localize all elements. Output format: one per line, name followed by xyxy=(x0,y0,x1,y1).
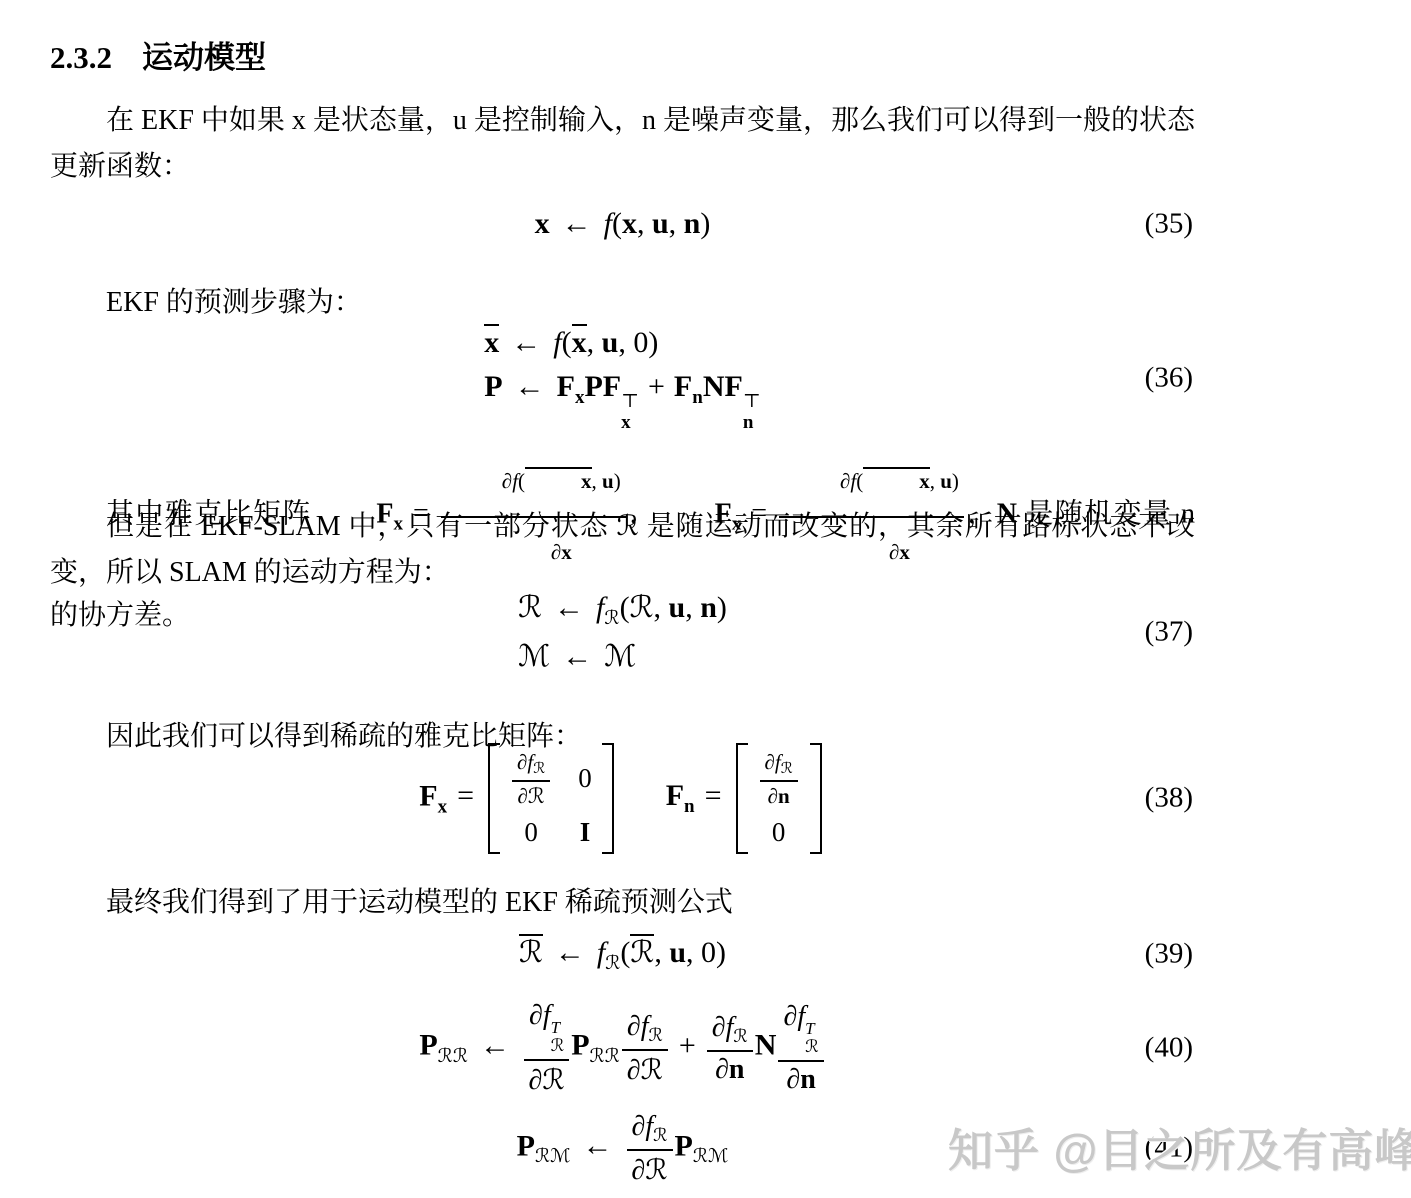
equation-38: Fx=∂fℛ∂ℛ00IFn=∂fℛ∂n0 (38) xyxy=(50,746,1195,850)
matrix-P: P xyxy=(584,370,602,403)
matrix-P: P xyxy=(675,1129,693,1162)
fraction-denominator: ∂ℛ xyxy=(529,1061,565,1097)
vec-u: u xyxy=(602,326,619,359)
vec-xbar: x xyxy=(484,324,499,359)
sub-R: ℛ xyxy=(438,1045,453,1067)
state-R: ℛ xyxy=(641,1053,663,1086)
section-heading: 2.3.2运动模型 xyxy=(50,32,266,77)
partial-icon: ∂ xyxy=(712,1012,726,1043)
paren-close: ) xyxy=(648,326,658,359)
arrow-op: ← xyxy=(562,207,592,240)
section-number: 2.3.2 xyxy=(50,40,112,75)
func-f: f xyxy=(553,326,561,359)
zero: 0 xyxy=(701,936,716,969)
plus-op: + xyxy=(648,370,665,403)
state-R: ℛ xyxy=(518,590,542,625)
vec-xbar: x xyxy=(863,467,930,492)
comma: , xyxy=(637,207,652,240)
sub-RM: ℛℳ xyxy=(535,1146,571,1167)
arrow-op: ← xyxy=(480,1029,510,1062)
paren-close: ) xyxy=(952,469,959,493)
vec-n: n xyxy=(684,207,701,240)
vec-u: u xyxy=(669,591,686,624)
vec-n: n xyxy=(700,591,717,624)
equation-40-body: Pℛℛ←∂fTℛ∂ℛPℛℛ∂fℛ∂ℛ+∂fℛ∂nN∂fTℛ∂n xyxy=(419,999,825,1097)
fraction-denominator: ∂ℛ xyxy=(627,1051,663,1087)
bracket-right xyxy=(602,743,614,854)
paren-close: ) xyxy=(717,591,727,624)
partial-icon: ∂ xyxy=(715,1054,729,1085)
sub-R: ℛ xyxy=(605,1045,620,1067)
fraction-denominator: ∂ℛ xyxy=(631,1151,667,1187)
partial-icon: ∂ xyxy=(627,1055,641,1086)
paragraph-intro: 在 EKF 中如果 x 是状态量，u 是控制输入，n 是噪声变量，那么我们可以得… xyxy=(50,98,1195,190)
vec-n: n xyxy=(729,1054,745,1085)
paren-open: ( xyxy=(562,326,572,359)
matrix-Fx: ∂fℛ∂ℛ00I xyxy=(488,743,614,854)
sub-M: ℳ xyxy=(550,1145,570,1167)
partial-icon: ∂ xyxy=(529,1000,543,1031)
fraction-denominator: ∂ℛ xyxy=(518,782,545,809)
comma: , xyxy=(654,936,669,969)
bracket-left xyxy=(736,743,748,854)
arrow-op: ← xyxy=(511,326,541,359)
matrix-entry-identity: I xyxy=(580,817,591,848)
matrix-entry-zero: 0 xyxy=(772,817,786,848)
arrow-op: ← xyxy=(583,1129,613,1162)
map-M: ℳ xyxy=(518,639,550,674)
fraction: ∂fTℛ∂ℛ xyxy=(524,999,569,1097)
func-f: f xyxy=(543,1000,551,1031)
state-R: ℛ xyxy=(630,590,654,625)
vec-n: n xyxy=(800,1064,816,1095)
func-f: f xyxy=(797,1001,805,1032)
fraction-denominator: ∂n xyxy=(768,782,790,809)
jacobian-F: F xyxy=(557,370,575,403)
matrix-N: N xyxy=(703,370,725,403)
func-f: f xyxy=(604,207,612,240)
vec-u: u xyxy=(602,469,614,493)
equation-36-line-1: x←f(x, u, 0) xyxy=(484,324,658,360)
sub-R: ℛ xyxy=(533,759,545,777)
sub-RR: ℛℛ xyxy=(590,1046,620,1067)
vec-x: x xyxy=(535,207,550,240)
paragraph-ekf-slam: 但是在 EKF-SLAM 中，只有一部分状态 ℛ 是随运动而改变的，其余所有路标… xyxy=(50,504,1195,596)
equation-37-number: (37) xyxy=(1145,616,1193,649)
equation-35: x←f(x, u, n) (35) xyxy=(50,196,1195,252)
comma: , xyxy=(930,469,941,493)
matrix-body: ∂fℛ∂ℛ00I xyxy=(500,743,602,854)
matrix-entry-fraction: ∂fℛ∂ℛ xyxy=(512,749,550,809)
fraction-numerator: ∂fℛ xyxy=(627,1110,673,1151)
equation-36-number: (36) xyxy=(1145,362,1193,395)
equation-39-number: (39) xyxy=(1145,938,1193,971)
equation-37-line-1: ℛ←fℛ(ℛ, u, n) xyxy=(518,590,727,629)
sup-sub: Tℛ xyxy=(805,1020,819,1057)
sub-RR: ℛℛ xyxy=(438,1046,468,1067)
plus-op: + xyxy=(679,1029,696,1062)
sub-R: ℛ xyxy=(649,1025,663,1046)
comma: , xyxy=(592,469,603,493)
bracket-right xyxy=(810,743,822,854)
section-title: 运动模型 xyxy=(142,40,266,75)
equals-op: = xyxy=(705,779,722,812)
equation-35-number: (35) xyxy=(1145,208,1193,241)
vec-xbar: x xyxy=(525,467,592,492)
equation-37-body: ℛ←fℛ(ℛ, u, n) ℳ←ℳ xyxy=(518,590,727,674)
matrix-P: P xyxy=(419,1029,437,1062)
jacobian-F: F xyxy=(419,779,437,812)
equation-36: x←f(x, u, 0) P←FxPF⊤x+FnNF⊤n (36) xyxy=(50,330,1195,426)
vec-xbar: x xyxy=(572,324,587,359)
fraction: ∂fℛ∂ℛ xyxy=(622,1010,668,1087)
sub-x: x xyxy=(438,796,448,817)
state-Rbar: ℛ xyxy=(630,934,654,969)
partial-icon: ∂ xyxy=(631,1155,645,1186)
partial-icon: ∂ xyxy=(517,750,527,774)
sub-R: ℛ xyxy=(590,1045,605,1067)
matrix-body: ∂fℛ∂n0 xyxy=(748,743,810,854)
comma: , xyxy=(587,326,602,359)
partial-icon: ∂ xyxy=(627,1011,641,1042)
partial-icon: ∂ xyxy=(765,750,775,774)
transpose-icon: ⊤ xyxy=(621,392,639,412)
paren-open: ( xyxy=(620,936,630,969)
jacobian-F: F xyxy=(724,370,742,403)
arrow-op: ← xyxy=(555,936,585,969)
fraction-numerator: ∂fTℛ xyxy=(524,999,569,1061)
fraction-denominator: ∂n xyxy=(786,1062,815,1096)
sup-sub: ⊤x xyxy=(621,392,639,433)
fraction-numerator: ∂fℛ xyxy=(760,749,798,782)
sub-R: ℛ xyxy=(693,1145,708,1167)
fraction-numerator: ∂fℛ xyxy=(512,749,550,782)
equation-40: Pℛℛ←∂fTℛ∂ℛPℛℛ∂fℛ∂ℛ+∂fℛ∂nN∂fTℛ∂n (40) xyxy=(50,1002,1195,1094)
sub-M: ℳ xyxy=(708,1145,728,1167)
sub-R: ℛ xyxy=(805,1039,819,1057)
sub-n: n xyxy=(743,413,754,433)
matrix-N: N xyxy=(755,1029,777,1062)
state-R: ℛ xyxy=(528,784,545,808)
partial-icon: ∂ xyxy=(518,784,528,808)
arrow-op: ← xyxy=(515,370,545,403)
paren-open: ( xyxy=(856,469,863,493)
fraction: ∂fTℛ∂n xyxy=(778,1000,823,1096)
paren-close: ) xyxy=(700,207,710,240)
equation-40-number: (40) xyxy=(1145,1032,1193,1065)
equation-39-body: ℛ←fℛ(ℛ, u, 0) xyxy=(519,934,726,974)
vec-u: u xyxy=(940,469,952,493)
sub-RM: ℛℳ xyxy=(693,1146,729,1167)
state-R: ℛ xyxy=(542,1063,564,1096)
func-f: f xyxy=(641,1011,649,1042)
sub-n: n xyxy=(692,387,703,408)
paren-close: ) xyxy=(716,936,726,969)
matrix-P: P xyxy=(517,1129,535,1162)
sup-T: T xyxy=(805,1020,814,1038)
vec-u: u xyxy=(652,207,669,240)
partial-icon: ∂ xyxy=(529,1065,543,1096)
partial-icon: ∂ xyxy=(632,1111,646,1142)
equation-41-body: Pℛℳ←∂fℛ∂ℛPℛℳ xyxy=(517,1110,729,1187)
equation-36-body: x←f(x, u, 0) P←FxPF⊤x+FnNF⊤n xyxy=(484,324,760,433)
paren-open: ( xyxy=(612,207,622,240)
state-R: ℛ xyxy=(645,1153,667,1186)
bracket-left xyxy=(488,743,500,854)
equation-37-line-2: ℳ←ℳ xyxy=(518,639,636,674)
fraction: ∂fℛ∂n xyxy=(707,1011,753,1086)
paren-close: ) xyxy=(614,469,621,493)
matrix-entry-zero: 0 xyxy=(524,817,538,848)
equation-36-line-2: P←FxPF⊤x+FnNF⊤n xyxy=(484,370,760,433)
matrix-P: P xyxy=(484,370,502,403)
sub-R: ℛ xyxy=(551,1038,565,1056)
comma: , xyxy=(669,207,684,240)
comma: , xyxy=(686,936,701,969)
sup-sub: Tℛ xyxy=(551,1019,565,1056)
zero: 0 xyxy=(633,326,648,359)
partial-icon: ∂ xyxy=(840,469,850,493)
paragraph-predict: EKF 的预测步骤为： xyxy=(50,280,1195,326)
equation-35-body: x←f(x, u, n) xyxy=(535,207,711,241)
equals-op: = xyxy=(457,779,474,812)
sup-sub: ⊤n xyxy=(743,392,761,433)
fraction-numerator: ∂fℛ xyxy=(622,1010,668,1051)
fraction-numerator: ∂fℛ xyxy=(707,1011,753,1052)
jacobian-F: F xyxy=(666,779,684,812)
equation-38-group-2: Fn=∂fℛ∂n0 xyxy=(666,779,826,812)
matrix-P: P xyxy=(571,1029,589,1062)
state-Rbar: ℛ xyxy=(519,934,543,969)
equation-38-body: Fx=∂fℛ∂ℛ00IFn=∂fℛ∂n0 xyxy=(419,743,825,854)
equation-39: ℛ←fℛ(ℛ, u, 0) (39) xyxy=(50,926,1195,982)
vec-n: n xyxy=(778,784,790,808)
partial-icon: ∂ xyxy=(502,469,512,493)
map-M: ℳ xyxy=(604,639,636,674)
arrow-op: ← xyxy=(562,640,592,673)
sub-x: x xyxy=(621,413,631,433)
comma: , xyxy=(685,591,700,624)
matrix-entry-zero: 0 xyxy=(578,763,592,794)
fraction-denominator: ∂n xyxy=(715,1052,744,1086)
sub-R: ℛ xyxy=(653,1125,667,1146)
equation-38-number: (38) xyxy=(1145,782,1193,815)
paren-open: ( xyxy=(620,591,630,624)
sub-R: ℛ xyxy=(604,607,619,629)
paragraph-final: 最终我们得到了用于运动模型的 EKF 稀疏预测公式 xyxy=(50,880,1195,926)
jacobian-F: F xyxy=(674,370,692,403)
sup-T: T xyxy=(551,1019,560,1037)
vec-u: u xyxy=(669,936,686,969)
comma: , xyxy=(618,326,633,359)
func-f: f xyxy=(597,936,605,969)
fraction-numerator: ∂fTℛ xyxy=(778,1000,823,1062)
arrow-op: ← xyxy=(554,591,584,624)
comma: , xyxy=(654,591,669,624)
transpose-icon: ⊤ xyxy=(743,392,761,412)
sub-R: ℛ xyxy=(733,1026,747,1047)
partial-icon: ∂ xyxy=(768,784,778,808)
partial-icon: ∂ xyxy=(786,1064,800,1095)
vec-x: x xyxy=(622,207,637,240)
sub-n: n xyxy=(684,796,695,817)
matrix-Fn: ∂fℛ∂n0 xyxy=(736,743,822,854)
sub-R: ℛ xyxy=(781,759,793,777)
equation-37: ℛ←fℛ(ℛ, u, n) ℳ←ℳ (37) xyxy=(50,586,1195,678)
fraction: ∂fℛ∂ℛ xyxy=(627,1110,673,1187)
sub-R: ℛ xyxy=(453,1045,468,1067)
sub-R: ℛ xyxy=(535,1145,550,1167)
matrix-entry-fraction: ∂fℛ∂n xyxy=(760,749,798,809)
sub-R: ℛ xyxy=(605,952,620,974)
jacobian-F: F xyxy=(603,370,621,403)
partial-icon: ∂ xyxy=(783,1001,797,1032)
func-f: f xyxy=(645,1111,653,1142)
zhihu-watermark: 知乎 @目之所及有高峰 xyxy=(948,1114,1411,1179)
paren-open: ( xyxy=(518,469,525,493)
